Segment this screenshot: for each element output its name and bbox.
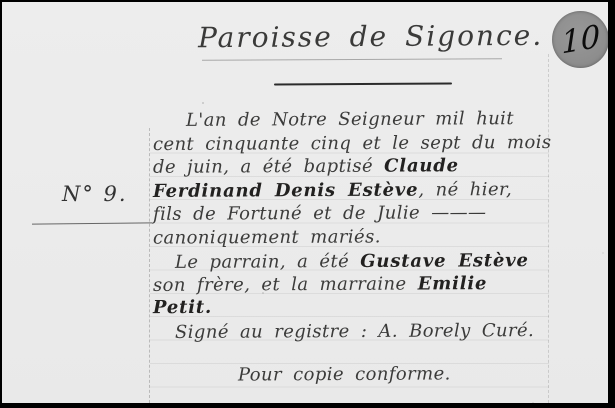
text-segment: ——— bbox=[431, 202, 486, 223]
scanned-document-frame: Paroisse de Sigonce. N° 9. L'an de Notre… bbox=[0, 0, 615, 408]
text-line: Le parrain, a été Gustave Estève bbox=[175, 249, 529, 274]
page-title: Paroisse de Sigonce. bbox=[198, 19, 543, 54]
stamp-number: 10 bbox=[560, 18, 600, 61]
name-emphasis: Emilie bbox=[418, 273, 488, 294]
left-margin-line bbox=[149, 128, 150, 403]
name-emphasis: Gustave Estève bbox=[360, 250, 529, 272]
text-segment: , né hier, bbox=[418, 179, 512, 200]
text-segment: Pour copie conforme. bbox=[238, 363, 451, 385]
text-line: L'an de Notre Seigneur mil huit bbox=[186, 107, 514, 132]
text-line: de juin, a été baptisé Claude bbox=[153, 154, 459, 179]
text-line: fils de Fortuné et de Julie ——— bbox=[153, 201, 486, 226]
text-segment: cent cinquante cinq et le sept du mois bbox=[153, 132, 552, 155]
text-line: Ferdinand Denis Estève, né hier, bbox=[153, 178, 512, 203]
title-underline bbox=[202, 58, 502, 61]
text-line: cent cinquante cinq et le sept du mois bbox=[153, 131, 552, 156]
right-margin-line bbox=[548, 54, 549, 403]
register-page: Paroisse de Sigonce. N° 9. L'an de Notre… bbox=[2, 2, 608, 403]
text-segment: L'an de Notre Seigneur mil huit bbox=[186, 108, 514, 131]
text-segment: de juin, a été baptisé bbox=[153, 156, 384, 178]
page-number-stamp: 10 bbox=[552, 11, 608, 68]
name-emphasis: Ferdinand Denis Estève bbox=[153, 180, 418, 202]
name-emphasis: Petit. bbox=[153, 297, 212, 318]
text-segment: Signé au registre : A. Borely Curé. bbox=[175, 320, 534, 343]
text-line: canoniquement mariés. bbox=[153, 225, 381, 249]
text-segment: Le parrain, a été bbox=[175, 251, 360, 273]
record-margin-number: N° 9. bbox=[62, 182, 128, 206]
text-segment: canoniquement mariés. bbox=[153, 226, 381, 248]
text-segment: fils de Fortuné et de Julie bbox=[153, 202, 431, 224]
text-line: son frère, et la marraine Emilie bbox=[153, 272, 487, 297]
margin-flourish-line bbox=[32, 222, 152, 224]
title-divider-rule bbox=[274, 83, 452, 86]
text-segment: son frère, et la marraine bbox=[153, 273, 418, 295]
text-line: Petit. bbox=[153, 296, 212, 319]
text-line: Signé au registre : A. Borely Curé. bbox=[175, 319, 534, 344]
paper-noise bbox=[202, 102, 204, 104]
name-emphasis: Claude bbox=[384, 155, 459, 176]
text-line: Pour copie conforme. bbox=[238, 362, 451, 386]
